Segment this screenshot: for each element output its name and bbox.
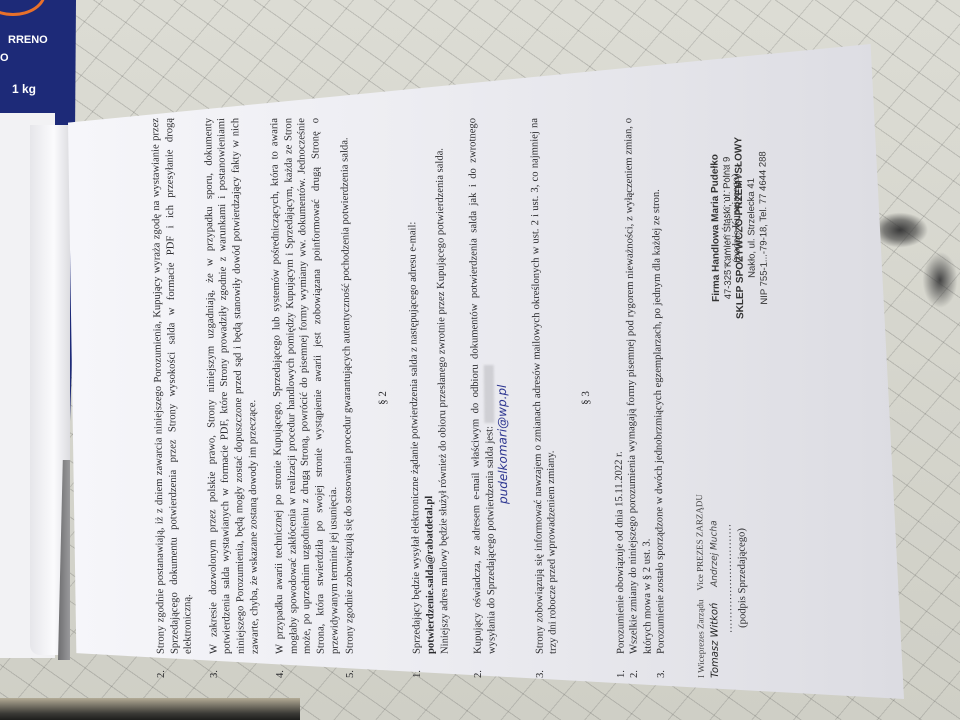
list-item: 1. Sprzedający będzie wysyłał elektronic… <box>405 118 452 678</box>
flyer-product-name: RRENO <box>8 34 48 46</box>
handwritten-buyer-email: pudelkomari@wp.pl <box>495 385 510 504</box>
item-number: 1. <box>411 654 452 678</box>
item-text-part: Niniejszy adres mailowy będzie służył ró… <box>434 148 450 654</box>
item-text-part: Sprzedający będzie wysyłał elektroniczne… <box>408 222 424 654</box>
section-1-items: 2. Strony zgodnie postanawiają, iż z dni… <box>149 118 358 678</box>
item-number: 4. <box>274 654 342 678</box>
item-number: 3. <box>534 654 561 678</box>
seller-signature-label: (podpis Sprzedającego) <box>735 478 751 678</box>
item-text: Kupujący oświadcza, ze adresem e-mail wł… <box>466 118 513 654</box>
seller-stamp: I Wiceprezes Zarządu Vice PREZES ZARZĄDU… <box>693 478 723 678</box>
seller-email-link[interactable]: potwierdzenie.salda@rabatdetal.pl <box>424 496 437 654</box>
item-number: 3. <box>208 654 263 678</box>
item-text: Strony zgodnie postanawiają, iż z dniem … <box>149 118 195 654</box>
flyer-orange-ring <box>0 0 46 16</box>
list-item: 3. Strony zobowiązują się informować naw… <box>528 118 561 678</box>
section-2-items: 1. Sprzedający będzie wysyłał elektronic… <box>405 118 561 678</box>
stamp-line: Vice PREZES ZARZĄDU <box>694 494 705 590</box>
section-2-heading: § 2 <box>374 118 393 678</box>
redacted-area: x <box>484 365 495 423</box>
list-item: 3. W zakresie dozwolonym przez polskie p… <box>202 118 262 678</box>
desk-edge <box>0 698 300 720</box>
stamp-line: I Wiceprezes Zarządu <box>695 600 706 678</box>
section-3-items: 1. Porozumienie obowiązuje od dnia 15.11… <box>609 118 669 678</box>
list-item: 2. Strony zgodnie postanawiają, iż z dni… <box>149 118 196 678</box>
item-number: 3. <box>655 654 669 678</box>
item-text: W przypadku awarii technicznej po stroni… <box>268 118 342 654</box>
document-page: 2. Strony zgodnie postanawiają, iż z dni… <box>149 118 795 678</box>
list-item: 2. Kupujący oświadcza, ze adresem e-mail… <box>466 118 514 678</box>
buyer-company-stamp: Firma Handlowa Maria Pudełko 47-325 Kami… <box>709 108 772 348</box>
flyer-weight: 1 kg <box>12 82 36 96</box>
item-number: 5. <box>344 654 358 678</box>
list-item: 4. W przypadku awarii technicznej po str… <box>268 118 342 678</box>
seller-signature-block: I Wiceprezes Zarządu Vice PREZES ZARZĄDU… <box>693 478 750 678</box>
stamp-line: Tomasz Witkoń <box>709 603 721 678</box>
stamp-line: NIP 755-1...-79-18, Tel. 77 4644 288 <box>757 108 772 348</box>
item-number: 2. <box>472 654 514 678</box>
section-3-heading: § 3 <box>577 118 596 678</box>
item-number: 2. <box>155 654 196 678</box>
stamp-line: Andrzej Mucha <box>709 520 720 587</box>
item-text: Strony zgodnie zobowiązują się do stosow… <box>338 118 357 654</box>
flyer-product-line2: O <box>0 52 9 64</box>
item-text: Strony zobowiązują się informować nawzaj… <box>528 118 561 654</box>
item-text: W zakresie dozwolonym przez polskie praw… <box>202 118 262 654</box>
item-number: 2. <box>628 654 655 678</box>
item-number: 1. <box>614 654 628 678</box>
item-text: Sprzedający będzie wysyłał elektroniczne… <box>405 118 451 654</box>
